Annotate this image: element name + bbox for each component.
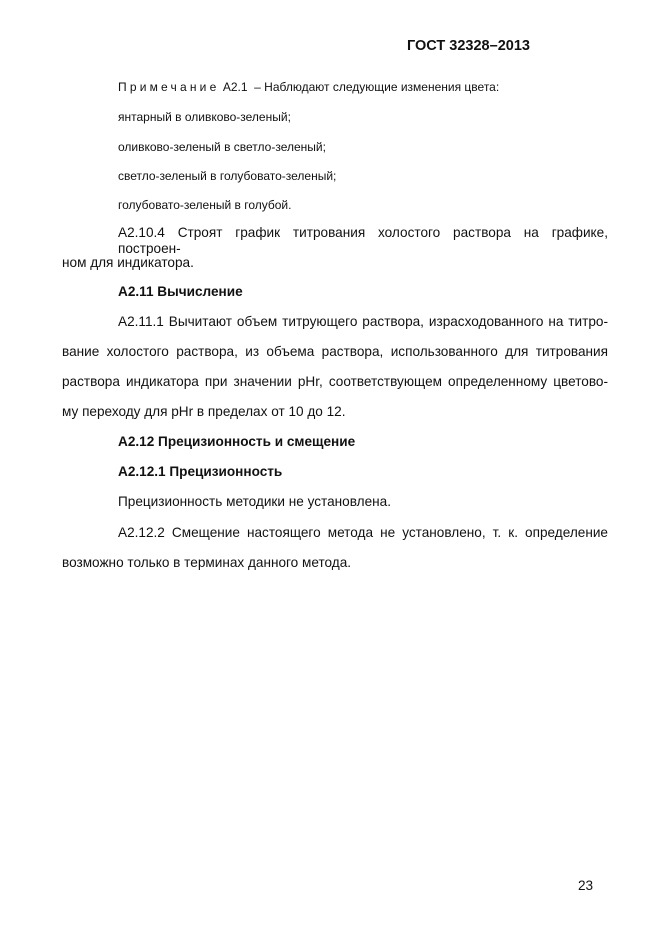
note-label: Примечание bbox=[118, 80, 219, 94]
paragraph-a2-10-4-line1: А2.10.4 Строят график титрования холосто… bbox=[118, 225, 608, 257]
document-header-id: ГОСТ 32328–2013 bbox=[407, 38, 530, 54]
paragraph-a2-11-1-line2: вание холостого раствора, из объема раст… bbox=[62, 344, 608, 360]
paragraph-a2-11-1-line3: раствора индикатора при значении pHr, со… bbox=[62, 374, 608, 390]
paragraph-a2-12-2-line2: возможно только в терминах данного метод… bbox=[62, 555, 351, 571]
paragraph-a2-11-1-line4: му переходу для pHr в пределах от 10 до … bbox=[62, 404, 346, 420]
note-heading: Примечание А2.1 – Наблюдают следующие из… bbox=[118, 79, 499, 95]
note-text: – Наблюдают следующие изменения цвета: bbox=[254, 80, 499, 94]
section-heading-a2-11: А2.11 Вычисление bbox=[118, 284, 243, 300]
paragraph-precision: Прецизионность методики не установлена. bbox=[118, 494, 391, 510]
note-item: светло-зеленый в голубовато-зеленый; bbox=[118, 168, 336, 184]
note-item: оливково-зеленый в светло-зеленый; bbox=[118, 139, 326, 155]
paragraph-a2-11-1-line1: А2.11.1 Вычитают объем титрующего раство… bbox=[118, 314, 608, 330]
section-heading-a2-12: А2.12 Прецизионность и смещение bbox=[118, 434, 355, 450]
note-item: янтарный в оливково-зеленый; bbox=[118, 109, 291, 125]
section-heading-a2-12-1: А2.12.1 Прецизионность bbox=[118, 464, 282, 480]
paragraph-a2-12-2-line1: А2.12.2 Смещение настоящего метода не ус… bbox=[118, 525, 608, 541]
note-item: голубовато-зеленый в голубой. bbox=[118, 197, 291, 213]
note-ref: А2.1 bbox=[223, 80, 248, 94]
page-number: 23 bbox=[578, 878, 593, 893]
paragraph-a2-10-4-line2: ном для индикатора. bbox=[62, 255, 194, 271]
